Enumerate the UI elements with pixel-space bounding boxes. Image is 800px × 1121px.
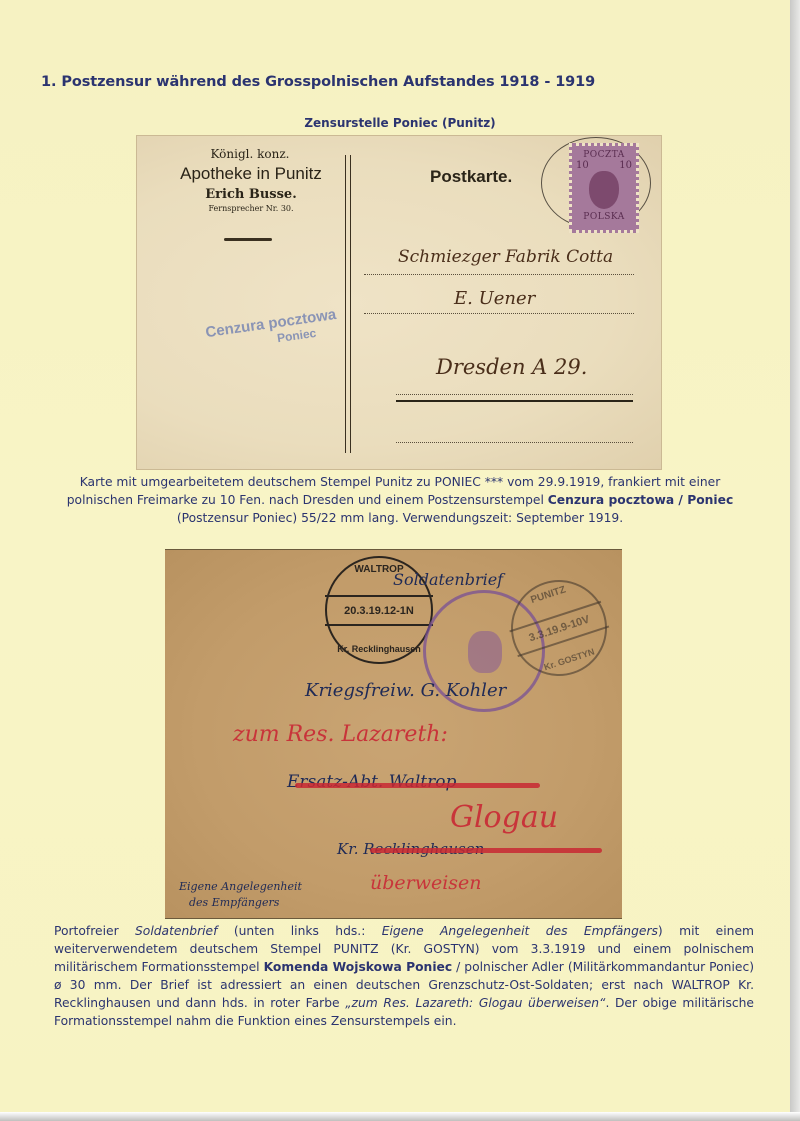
postmark-date: 20.3.19.12-1N [344, 605, 414, 617]
struck-address: Ersatz-Abt. Waltrop [287, 772, 456, 792]
caption-text: (unten links hds.: [217, 924, 381, 938]
handwritten-red-note: Glogau [450, 800, 558, 835]
handwritten-recipient: Kriegsfreiw. G. Kohler [305, 680, 506, 701]
handwritten-note: Eigene Angelegenheit [179, 880, 302, 893]
dotted-line [396, 394, 633, 395]
envelope-caption: Portofreier Soldatenbrief (unten links h… [54, 922, 754, 1030]
stamp-value: 10 [576, 160, 589, 171]
postcard-title: Postkarte. [430, 167, 512, 187]
dotted-line [364, 274, 634, 275]
page-edge [790, 0, 800, 1121]
ornament-divider [224, 238, 272, 241]
sender-line: Königl. konz. [154, 147, 346, 161]
caption-italic: Eigene Angelegenheit des Empfängers [382, 924, 658, 938]
sender-line: Erich Busse. [156, 187, 346, 202]
caption-italic: Soldatenbrief [135, 924, 217, 938]
caption-bold: Cenzura pocztowa / Poniec [548, 493, 733, 507]
postmark-date: 3.3.19.9-10V [528, 614, 592, 645]
caption-italic: „zum Res. Lazareth: Glogau überweisen“ [345, 996, 605, 1010]
handwritten-note: des Empfängers [189, 896, 279, 909]
vertical-divider [345, 155, 351, 453]
caption-text: (Postzensur Poniec) 55/22 mm lang. Verwe… [177, 511, 623, 525]
handwritten-red-note: überweisen [370, 872, 482, 894]
eagle-icon [589, 171, 619, 209]
stamp-text: POCZTA [572, 150, 636, 160]
censor-stamp: Cenzura pocztowa Poniec [204, 306, 339, 355]
sender-line: Fernsprecher Nr. 30. [156, 204, 346, 213]
stamp-text: POLSKA [572, 212, 636, 222]
postage-stamp: POCZTA 1010 POLSKA [569, 143, 639, 233]
caption-text: Portofreier [54, 924, 135, 938]
red-strikethrough [295, 783, 540, 788]
address-line: Schmiezger Fabrik Cotta [398, 247, 613, 267]
postcard-caption: Karte mit umgearbeitetem deutschem Stemp… [60, 473, 740, 527]
caption-bold: Komenda Wojskowa Poniec [264, 960, 453, 974]
address-line: E. Uener [454, 288, 535, 309]
subtitle-text: Zensurstelle Poniec (Punitz) [304, 116, 495, 130]
dotted-line [396, 442, 633, 443]
postmark-text: Kr. Recklinghausen [327, 644, 431, 654]
underline [396, 400, 633, 402]
red-strikethrough [370, 848, 602, 853]
postcard-image: Königl. konz. Apotheke in Punitz Erich B… [136, 135, 662, 470]
stamp-value: 10 [619, 160, 632, 171]
page-edge [0, 1112, 800, 1121]
section-subtitle: Zensurstelle Poniec (Punitz) [0, 116, 800, 130]
address-line: Dresden A 29. [436, 355, 587, 379]
dotted-line [364, 313, 634, 314]
eagle-icon [468, 631, 502, 673]
sender-line: Apotheke in Punitz [156, 164, 346, 184]
envelope-image: WALTROP 20.3.19.12-1N Kr. Recklinghausen… [165, 549, 622, 919]
handwritten-red-note: zum Res. Lazareth: [233, 722, 448, 747]
sender-imprint: Königl. konz. Apotheke in Punitz Erich B… [136, 147, 346, 213]
page-title: 1. Postzensur während des Grosspolnische… [41, 74, 595, 90]
handwritten-header: Soldatenbrief [393, 570, 503, 589]
